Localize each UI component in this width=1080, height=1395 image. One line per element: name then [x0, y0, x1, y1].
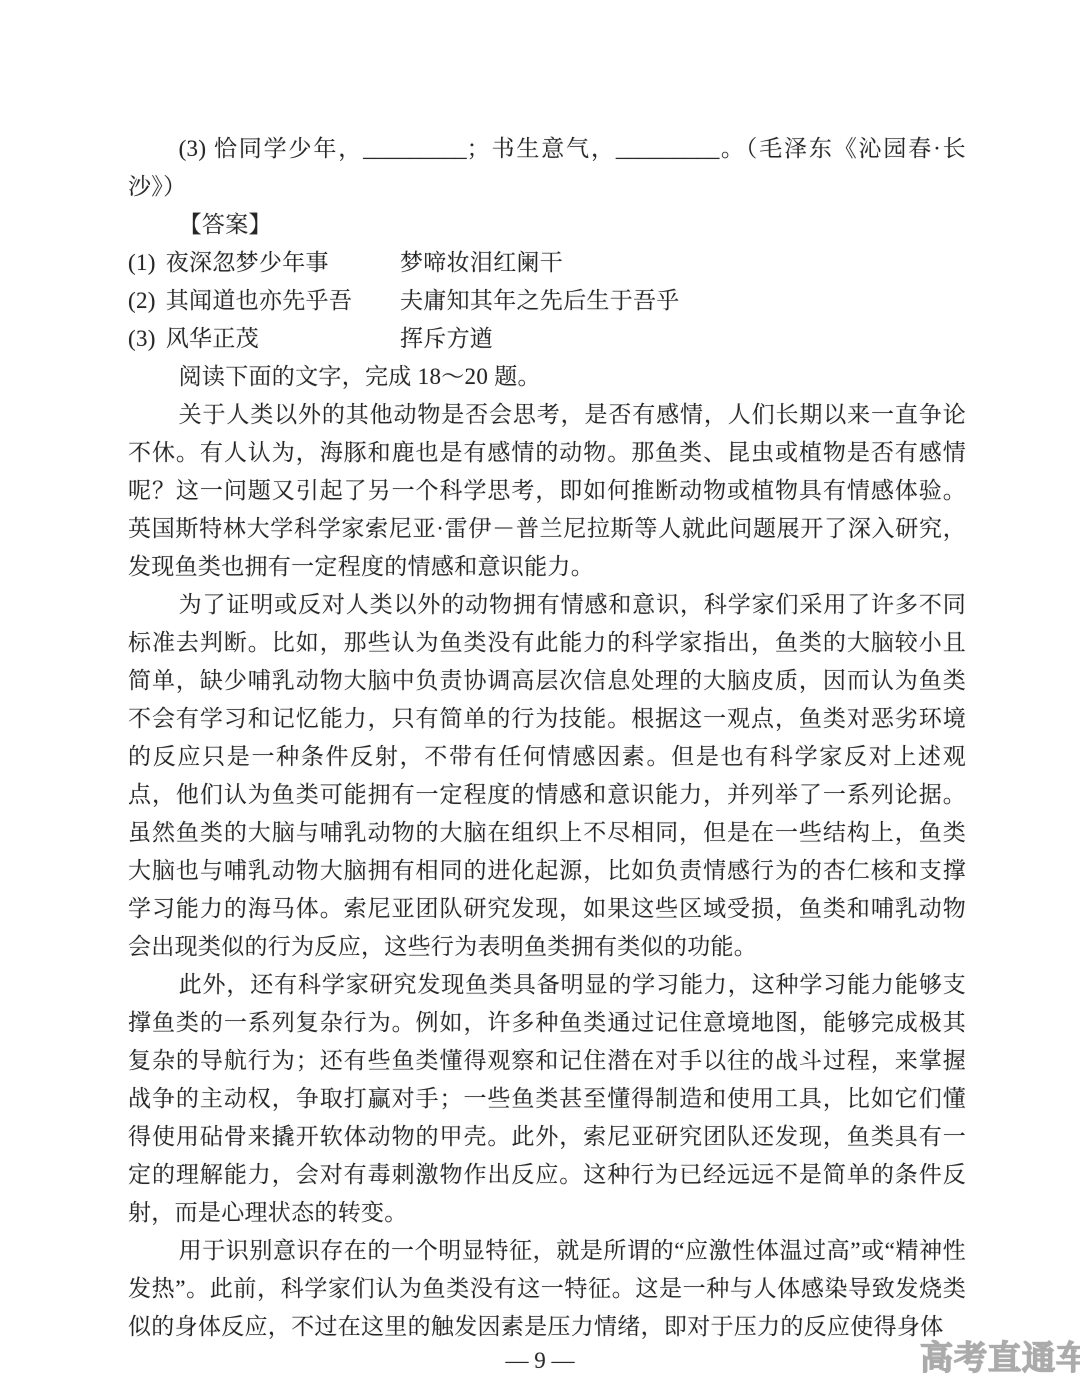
answer-label: (3): [128, 326, 156, 351]
passage-paragraph-3: 此外，还有科学家研究发现鱼类具备明显的学习能力，这种学习能力能够支撑鱼类的一系列…: [128, 966, 966, 1232]
answer-second-part: 挥斥方遒: [400, 320, 966, 358]
scanned-exam-page: (3) 恰同学少年，_________；书生意气，_________。（毛泽东《…: [0, 0, 1080, 1395]
question-blank-2: _________: [616, 136, 720, 161]
answer-row-3: (3)风华正茂挥斥方遒: [128, 320, 966, 358]
answer-header: 【答案】: [128, 206, 966, 244]
answer-second-part: 梦啼妆泪红阑干: [400, 244, 966, 282]
answer-second-part: 夫庸知其年之先后生于吾乎: [400, 282, 966, 320]
question-blank-1: _________: [363, 136, 467, 161]
question-text-prefix: 恰同学少年，: [214, 136, 363, 161]
question-line: (3) 恰同学少年，_________；书生意气，_________。（毛泽东《…: [128, 130, 966, 206]
question-text-middle: ；书生意气，: [467, 136, 616, 161]
reading-instruction: 阅读下面的文字，完成 18～20 题。: [128, 358, 966, 396]
page-number: — 9 —: [0, 1342, 1080, 1380]
answer-first-part: (2)其闻道也亦先乎吾: [128, 282, 400, 320]
watermark-gaokao-zhitongche: 高考直通车: [920, 1332, 1080, 1379]
answer-label: (1): [128, 250, 156, 275]
answer-first-part: (1)夜深忽梦少年事: [128, 244, 400, 282]
passage-paragraph-1: 关于人类以外的其他动物是否会思考，是否有感情，人们长期以来一直争论不休。有人认为…: [128, 396, 966, 586]
answer-first-text: 风华正茂: [166, 326, 259, 351]
answer-first-part: (3)风华正茂: [128, 320, 400, 358]
answer-row-2: (2)其闻道也亦先乎吾夫庸知其年之先后生于吾乎: [128, 282, 966, 320]
passage-paragraph-4: 用于识别意识存在的一个明显特征，就是所谓的“应激性体温过高”或“精神性发热”。此…: [128, 1232, 966, 1346]
answer-first-text: 夜深忽梦少年事: [166, 250, 329, 275]
passage-paragraph-2: 为了证明或反对人类以外的动物拥有情感和意识，科学家们采用了许多不同标准去判断。比…: [128, 586, 966, 966]
text-column: (3) 恰同学少年，_________；书生意气，_________。（毛泽东《…: [128, 130, 966, 1346]
answer-first-text: 其闻道也亦先乎吾: [166, 288, 352, 313]
question-label: (3): [179, 136, 214, 161]
answer-label: (2): [128, 288, 156, 313]
answer-row-1: (1)夜深忽梦少年事梦啼妆泪红阑干: [128, 244, 966, 282]
